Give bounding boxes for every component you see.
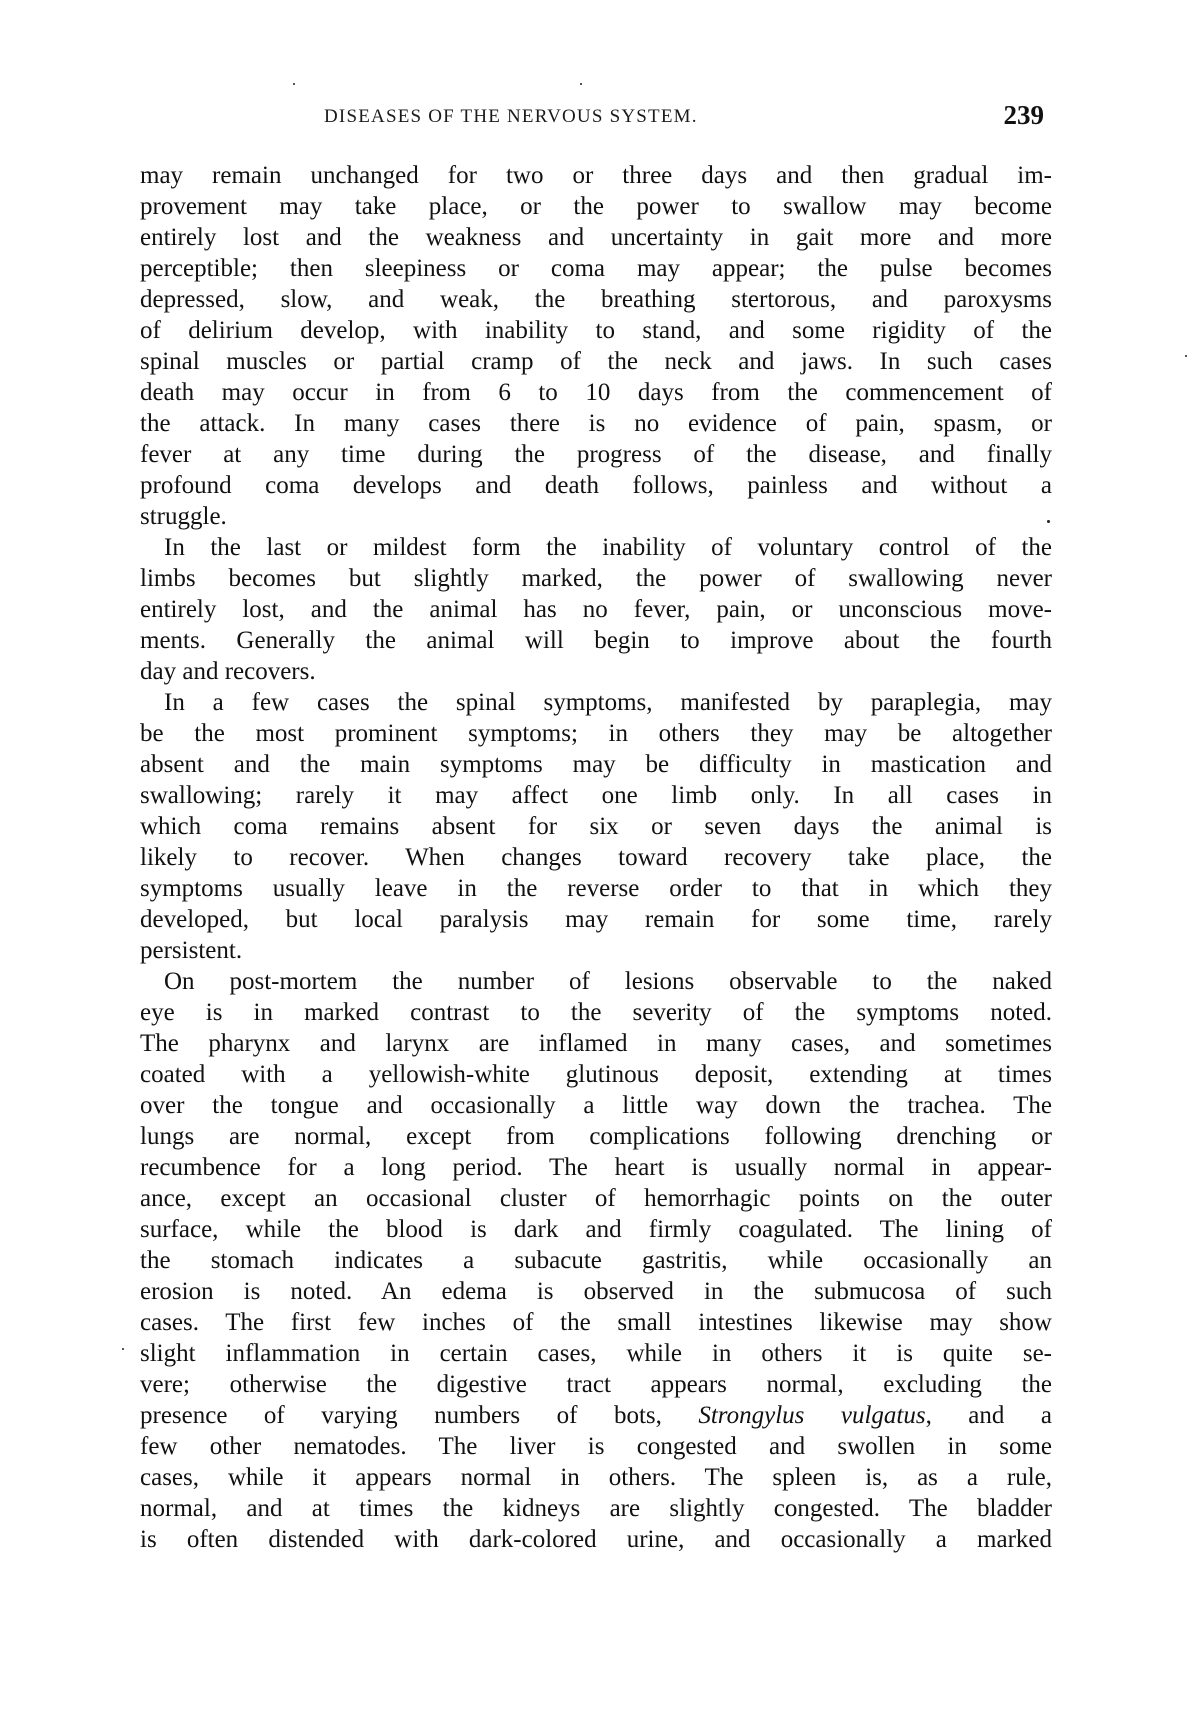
text-line: The pharynx and larynx are inflamed in m… bbox=[140, 1028, 1052, 1059]
paragraph: may remain unchanged for two or three da… bbox=[140, 160, 1052, 532]
text-line: symptoms usually leave in the reverse or… bbox=[140, 873, 1052, 904]
text-line: over the tongue and occasionally a littl… bbox=[140, 1090, 1052, 1121]
text-line: eye is in marked contrast to the severit… bbox=[140, 997, 1052, 1028]
text-line: provement may take place, or the power t… bbox=[140, 191, 1052, 222]
scan-speck bbox=[122, 1348, 124, 1350]
text-line: lungs are normal, except from complicati… bbox=[140, 1121, 1052, 1152]
paragraph: On post-mortem the number of lesions obs… bbox=[140, 966, 1052, 1555]
text-line: depressed, slow, and weak, the breathing… bbox=[140, 284, 1052, 315]
text-line: swallowing; rarely it may affect one lim… bbox=[140, 780, 1052, 811]
paragraph: In the last or mildest form the inabilit… bbox=[140, 532, 1052, 687]
text-line: cases. The first few inches of the small… bbox=[140, 1307, 1052, 1338]
body-text: may remain unchanged for two or three da… bbox=[140, 160, 1052, 1555]
text-line-with-species: presence of varying numbers of bots, Str… bbox=[140, 1400, 1052, 1431]
scan-speck bbox=[580, 83, 582, 85]
text-line: ments. Generally the animal will begin t… bbox=[140, 625, 1052, 656]
text-line: spinal muscles or partial cramp of the n… bbox=[140, 346, 1052, 377]
text-line: is often distended with dark-colored uri… bbox=[140, 1524, 1052, 1555]
text-line: normal, and at times the kidneys are sli… bbox=[140, 1493, 1052, 1524]
text-line: persistent. bbox=[140, 935, 1052, 966]
scan-speck bbox=[1185, 355, 1187, 357]
text-line: the attack. In many cases there is no ev… bbox=[140, 408, 1052, 439]
text-line: the stomach indicates a subacute gastrit… bbox=[140, 1245, 1052, 1276]
species-name: Strongylus vulgatus bbox=[698, 1402, 925, 1429]
text-line: slight inflammation in certain cases, wh… bbox=[140, 1338, 1052, 1369]
text-line: absent and the main symptoms may be diff… bbox=[140, 749, 1052, 780]
text-line: few other nematodes. The liver is conges… bbox=[140, 1431, 1052, 1462]
text-line: likely to recover. When changes toward r… bbox=[140, 842, 1052, 873]
text-line: developed, but local paralysis may remai… bbox=[140, 904, 1052, 935]
text-line: entirely lost, and the animal has no fev… bbox=[140, 594, 1052, 625]
text-line: may remain unchanged for two or three da… bbox=[140, 160, 1052, 191]
text-line: vere; otherwise the digestive tract appe… bbox=[140, 1369, 1052, 1400]
paragraph: In a few cases the spinal symptoms, mani… bbox=[140, 687, 1052, 966]
book-page: DISEASES OF THE NERVOUS SYSTEM. 239 may … bbox=[0, 0, 1200, 1734]
scan-speck bbox=[293, 83, 295, 85]
text-line: ance, except an occasional cluster of he… bbox=[140, 1183, 1052, 1214]
text-line: day and recovers. bbox=[140, 656, 1052, 687]
page-number: 239 bbox=[1004, 100, 1045, 131]
text-line: In the last or mildest form the inabilit… bbox=[140, 532, 1052, 563]
text-segment: presence of varying numbers of bots, bbox=[140, 1402, 698, 1429]
text-line: perceptible; then sleepiness or coma may… bbox=[140, 253, 1052, 284]
text-line: of delirium develop, with inability to s… bbox=[140, 315, 1052, 346]
text-line: surface, while the blood is dark and fir… bbox=[140, 1214, 1052, 1245]
text-segment: , and a bbox=[926, 1402, 1052, 1429]
text-line: which coma remains absent for six or sev… bbox=[140, 811, 1052, 842]
text-line: erosion is noted. An edema is observed i… bbox=[140, 1276, 1052, 1307]
text-line: cases, while it appears normal in others… bbox=[140, 1462, 1052, 1493]
text-line: entirely lost and the weakness and uncer… bbox=[140, 222, 1052, 253]
scan-speck bbox=[1047, 520, 1050, 523]
text-line: limbs becomes but slightly marked, the p… bbox=[140, 563, 1052, 594]
text-line: coated with a yellowish-white glutinous … bbox=[140, 1059, 1052, 1090]
running-head: DISEASES OF THE NERVOUS SYSTEM. 239 bbox=[134, 100, 1050, 132]
text-line: In a few cases the spinal symptoms, mani… bbox=[140, 687, 1052, 718]
text-line: death may occur in from 6 to 10 days fro… bbox=[140, 377, 1052, 408]
text-line: profound coma develops and death follows… bbox=[140, 470, 1052, 501]
running-title: DISEASES OF THE NERVOUS SYSTEM. bbox=[324, 106, 698, 128]
text-line: be the most prominent symptoms; in other… bbox=[140, 718, 1052, 749]
text-line: fever at any time during the progress of… bbox=[140, 439, 1052, 470]
text-line: On post-mortem the number of lesions obs… bbox=[140, 966, 1052, 997]
text-line: recumbence for a long period. The heart … bbox=[140, 1152, 1052, 1183]
text-line: struggle. bbox=[140, 501, 1052, 532]
